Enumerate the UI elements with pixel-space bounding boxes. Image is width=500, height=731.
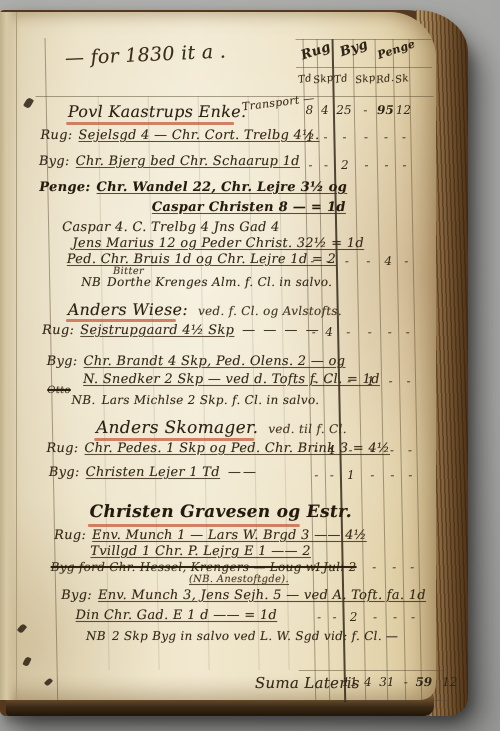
column-unit: Skp: [313, 73, 335, 87]
ledger-row: Jens Marius 12 og Peder Christ. 32½ = 1d: [72, 236, 364, 251]
ledger-row: NB2 Skp Byg in salvo ved L. W. Sgd vid: …: [86, 629, 399, 643]
ledger-row: Caspar 4. C. Trelbg 4 Jns Gad 4: [62, 220, 280, 235]
amount-cell: -: [384, 468, 401, 482]
row-text: Caspar 4. C. Trelbg 4 Jns Gad 4: [62, 220, 280, 235]
amount-cell: -: [355, 103, 376, 117]
interline-note: (NB. Anestoftgde).: [189, 574, 289, 585]
amount-cell: -: [324, 468, 340, 482]
amount-cell: 4: [323, 443, 339, 457]
ledger-page: — for 1830 it a . Rug Byg Penge Td Skp T…: [0, 12, 436, 700]
ledger-row: Caspar Christen 8 — = 1d: [152, 200, 346, 215]
amount-cell: 8: [302, 103, 317, 117]
section-title-text: Anders Wiese:: [68, 300, 189, 319]
amount-cell: -: [404, 610, 421, 624]
amount-cell: -: [355, 130, 376, 144]
amount-cell: -: [326, 560, 342, 574]
amount-cell: -: [307, 374, 322, 388]
amount-cell: -: [338, 325, 358, 339]
section-title-suffix: ved. f. Cl. og Avlstofts.: [198, 304, 342, 318]
amount-cell: 12: [395, 103, 412, 117]
column-unit: Sk: [395, 73, 410, 86]
ruling-line: [299, 670, 445, 671]
section-title-suffix: ved. til f. Cl.: [268, 422, 347, 436]
amount-cell: -: [400, 374, 417, 388]
amount-cells-row: 1 - - - - -: [2, 130, 438, 146]
amount-cell: -: [340, 443, 360, 457]
row-text: Dorthe Krenges Alm. f. Cl. in salvo.: [107, 275, 332, 289]
amount-cell: -: [326, 610, 342, 624]
amount-cell: -: [308, 443, 323, 457]
red-underline: [66, 122, 234, 125]
amount-cell: 1: [360, 374, 381, 388]
amount-cell: -: [334, 130, 354, 144]
amount-cell: -: [309, 468, 324, 482]
amount-cells-row: - - 1 - - -: [9, 468, 445, 484]
row-label: Rug:: [54, 528, 86, 543]
amount-cell: -: [339, 374, 359, 388]
amount-cell: -: [398, 254, 415, 268]
amount-cell: -: [396, 158, 413, 172]
amount-cell: -: [386, 560, 403, 574]
ledger-row: NBDorthe Krenges Alm. f. Cl. in salvo.: [81, 275, 332, 289]
column-unit: Td: [298, 73, 313, 86]
amount-cell: -: [383, 443, 400, 457]
amount-cells-row: - 4 - - - -: [6, 325, 442, 341]
amount-cell: 1: [311, 560, 326, 574]
amount-cell: -: [306, 325, 321, 339]
page-header-year: — for 1830 it a .: [64, 40, 226, 69]
amount-cells-row: - - - 1 - -: [7, 374, 443, 390]
amount-cells-row: - - 2 - - -: [11, 610, 447, 626]
column-group-byg: Byg: [338, 37, 370, 60]
section-title: Christen Gravesen og Estr.: [89, 502, 352, 522]
row-label: NB: [81, 275, 101, 289]
row-label: NB: [86, 629, 106, 643]
amount-cell: -: [377, 130, 394, 144]
amount-cell: -: [337, 254, 357, 268]
amount-cell: -: [364, 610, 385, 624]
amount-cell: 95: [377, 103, 394, 117]
amount-cell: 1: [302, 130, 317, 144]
amount-cell: -: [303, 158, 318, 172]
ruling-line: [296, 67, 432, 68]
ledger-row: Byg:Env. Munch 3, Jens Sejh. 5 — ved A. …: [61, 588, 426, 603]
amount-cell: -: [381, 325, 398, 339]
amount-cell: 25: [334, 103, 354, 117]
row-text: Env. Munch 1 — Lars W. Brgd 3 —— 4½: [92, 528, 367, 543]
amount-cell: -: [386, 610, 403, 624]
row-text: Chr. Brandt 4 Skp, Ped. Olens. 2 — og: [83, 354, 345, 369]
ledger-book: — for 1830 it a . Rug Byg Penge Td Skp T…: [0, 10, 468, 716]
amount-cell: 4: [317, 103, 333, 117]
amount-cell: 2: [343, 610, 363, 624]
amount-cell: 59: [412, 675, 436, 689]
amount-cell: 4: [360, 675, 376, 689]
amount-cell: -: [320, 254, 336, 268]
amount-cell: 4: [321, 325, 337, 339]
ledger-row: Rug:Env. Munch 1 — Lars W. Brgd 3 —— 4½: [54, 528, 367, 543]
section-title-text: Povl Kaastrups Enke.: [68, 102, 247, 121]
amount-cell: 11: [341, 675, 359, 689]
amount-cell: 1: [341, 468, 361, 482]
amount-cell: -: [318, 158, 334, 172]
amount-cells-row: - 4 - - - -: [8, 443, 444, 459]
section-title-text: Christen Gravesen og Estr.: [89, 502, 352, 522]
amount-cell: 12: [441, 675, 459, 689]
row-text: Caspar Christen 8 — = 1d: [152, 200, 346, 215]
column-unit: Rd.: [376, 73, 396, 86]
ledger-row: Penge:Chr. Wandel 22, Chr. Lejre 3½ og: [39, 180, 347, 195]
amount-cell: -: [395, 130, 412, 144]
amount-cell: -: [356, 158, 377, 172]
row-label: Penge:: [39, 180, 90, 195]
column-unit: Td: [334, 73, 349, 86]
row-text: Tvillgd 1 Chr. P. Lejrg E 1 —— 2: [90, 544, 311, 559]
amount-cell: 31: [377, 675, 397, 689]
amount-cell: -: [364, 560, 385, 574]
interline-note: Otto: [47, 385, 71, 396]
amount-cell: -: [404, 560, 421, 574]
section-title: Anders Skomager.ved. til f. Cl.: [96, 418, 347, 438]
row-label: NB.: [71, 393, 95, 407]
red-underline: [66, 319, 176, 322]
amount-cell: -: [361, 443, 382, 457]
amount-cell: 2: [335, 158, 355, 172]
red-underline: [88, 524, 300, 527]
row-label: Byg:: [47, 354, 78, 369]
amount-cells-row: - - 2 - - -: [3, 158, 439, 174]
row-text: Jens Marius 12 og Peder Christ. 32½ = 1d: [72, 236, 364, 251]
amount-cell: 4: [380, 254, 397, 268]
column-group-penge: Penge: [376, 37, 417, 61]
row-label: Byg:: [61, 588, 92, 603]
ledger-row: NB.Lars Michlse 2 Skp. f. Cl. in salvo.: [71, 393, 319, 407]
ledger-row: Tvillgd 1 Chr. P. Lejrg E 1 —— 2: [90, 544, 311, 559]
suma-values-row: 11 4 31 - 59 12: [13, 675, 449, 691]
ledger-row: Byg:Chr. Brandt 4 Skp, Ped. Olens. 2 — o…: [47, 354, 346, 369]
row-text: Chr. Wandel 22, Chr. Lejre 3½ og: [96, 180, 347, 195]
amount-cell: -: [378, 158, 395, 172]
amount-cell: -: [382, 374, 399, 388]
page-content: — for 1830 it a . Rug Byg Penge Td Skp T…: [0, 12, 449, 700]
ruling-line: [36, 96, 434, 97]
amount-cell: -: [311, 610, 326, 624]
section-title: Povl Kaastrups Enke.: [68, 102, 247, 121]
row-text: 2 Skp Byg in salvo ved L. W. Sgd vid: f.…: [112, 629, 399, 643]
row-text: Env. Munch 3, Jens Sejh. 5 — ved A. Toft…: [98, 588, 426, 603]
photo-background: — for 1830 it a . Rug Byg Penge Td Skp T…: [0, 0, 500, 731]
amount-cell: -: [358, 254, 379, 268]
ruling-line: [251, 700, 449, 701]
amount-cell: -: [305, 254, 320, 268]
amount-cells-row: - - - - 4 -: [5, 254, 441, 270]
row-text: Lars Michlse 2 Skp. f. Cl. in salvo.: [101, 393, 319, 407]
amount-cell: -: [401, 443, 418, 457]
amount-cell: -: [399, 325, 416, 339]
amount-cell: -: [362, 468, 383, 482]
column-unit: Skp: [355, 73, 377, 87]
amount-cell: -: [317, 130, 333, 144]
amount-cell: -: [322, 374, 338, 388]
section-title-text: Anders Skomager.: [96, 418, 259, 438]
section-title: Anders Wiese:ved. f. Cl. og Avlstofts.: [68, 300, 343, 319]
amount-cell: -: [343, 560, 363, 574]
amount-cell: -: [402, 468, 419, 482]
column-group-rug: Rug: [299, 40, 332, 64]
amount-cell: -: [359, 325, 380, 339]
